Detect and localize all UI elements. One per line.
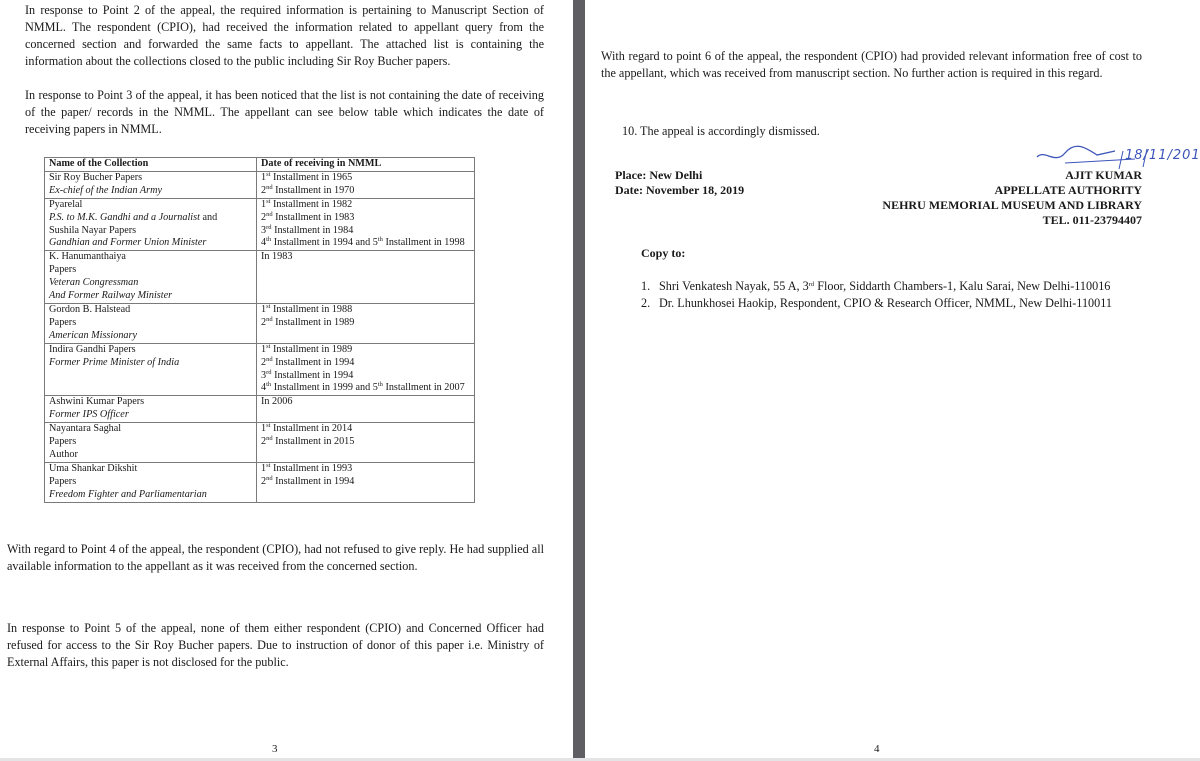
collection-description: Freedom Fighter and Parliamentarian bbox=[49, 489, 207, 500]
collection-name-line: Ashwini Kumar Papers bbox=[49, 396, 252, 409]
paragraph-dismissal: 10. The appeal is accordingly dismissed. bbox=[622, 124, 820, 139]
copy-to-item: 2.Dr. Lhunkhosei Haokip, Respondent, CPI… bbox=[641, 295, 1112, 312]
table-header-row: Name of the Collection Date of receiving… bbox=[45, 158, 475, 172]
signatory-title: APPELLATE AUTHORITY bbox=[882, 183, 1142, 198]
collection-name: K. Hanumanthaiya bbox=[49, 251, 126, 262]
ordinal-suffix: rd bbox=[266, 224, 271, 231]
signatory-block: AJIT KUMAR APPELLATE AUTHORITY NEHRU MEM… bbox=[882, 168, 1142, 228]
table-row: Gordon B. HalsteadPapersAmerican Mission… bbox=[45, 303, 475, 343]
page-4 bbox=[585, 0, 1200, 758]
collection-name-line: Sushila Nayar Papers bbox=[49, 225, 252, 238]
ordinal-suffix: nd bbox=[266, 316, 273, 323]
installment-line: 1st Installment in 1993 bbox=[261, 463, 470, 476]
ordinal-suffix: nd bbox=[266, 211, 273, 218]
collection-name-line: Author bbox=[49, 449, 252, 462]
collection-name-line: And Former Railway Minister bbox=[49, 290, 252, 303]
collection-name-line: Papers bbox=[49, 264, 252, 277]
installment-line: 3rd Installment in 1994 bbox=[261, 370, 470, 383]
installment-line: In 1983 bbox=[261, 251, 470, 264]
collection-name-line: Nayantara Saghal bbox=[49, 423, 252, 436]
collection-name-line: P.S. to M.K. Gandhi and a Journalist and bbox=[49, 212, 252, 225]
date-received-cell: 1st Installment in 19892nd Installment i… bbox=[257, 343, 475, 396]
collection-name: Pyarelal bbox=[49, 199, 82, 210]
collection-name-line: Freedom Fighter and Parliamentarian bbox=[49, 489, 252, 502]
paragraph-point-2: In response to Point 2 of the appeal, th… bbox=[25, 2, 544, 70]
collection-name-line: Pyarelal bbox=[49, 199, 252, 212]
collection-name-cell: Uma Shankar DikshitPapersFreedom Fighter… bbox=[45, 462, 257, 502]
table-row: Uma Shankar DikshitPapersFreedom Fighter… bbox=[45, 462, 475, 502]
collection-name: Nayantara Saghal bbox=[49, 423, 121, 434]
header-date-received: Date of receiving in NMML bbox=[257, 158, 475, 172]
date-received-cell: 1st Installment in 19882nd Installment i… bbox=[257, 303, 475, 343]
paragraph-point-6: With regard to point 6 of the appeal, th… bbox=[601, 48, 1142, 82]
collection-name-cell: K. HanumanthaiyaPapersVeteran Congressma… bbox=[45, 251, 257, 304]
date-received-cell: 1st Installment in 19652nd Installment i… bbox=[257, 171, 475, 198]
collection-name-line: Uma Shankar Dikshit bbox=[49, 463, 252, 476]
collection-name-cell: PyarelalP.S. to M.K. Gandhi and a Journa… bbox=[45, 198, 257, 251]
ordinal-suffix: st bbox=[266, 422, 270, 429]
collection-name-line: Sir Roy Bucher Papers bbox=[49, 172, 252, 185]
installment-line: 4th Installment in 1999 and 5th Installm… bbox=[261, 382, 470, 395]
ordinal-suffix: rd bbox=[266, 369, 271, 376]
collection-name: Papers bbox=[49, 317, 76, 328]
date-received-cell: 1st Installment in 19822nd Installment i… bbox=[257, 198, 475, 251]
collection-name-line: Papers bbox=[49, 436, 252, 449]
collection-name-line: Veteran Congressman bbox=[49, 277, 252, 290]
date-received-cell: In 1983 bbox=[257, 251, 475, 304]
paragraph-point-4: With regard to Point 4 of the appeal, th… bbox=[7, 541, 544, 575]
installment-line: 2nd Installment in 2015 bbox=[261, 436, 470, 449]
installment-line: 1st Installment in 1989 bbox=[261, 344, 470, 357]
date-received-cell: In 2006 bbox=[257, 396, 475, 423]
collection-name-line: Indira Gandhi Papers bbox=[49, 344, 252, 357]
collection-name-line: Former Prime Minister of India bbox=[49, 357, 252, 370]
ordinal-suffix: th bbox=[378, 381, 383, 388]
ordinal-suffix: st bbox=[266, 171, 270, 178]
collection-name-line: K. Hanumanthaiya bbox=[49, 251, 252, 264]
collection-name-cell: Sir Roy Bucher PapersEx-chief of the Ind… bbox=[45, 171, 257, 198]
collection-name: Uma Shankar Dikshit bbox=[49, 463, 137, 474]
signatory-tel: TEL. 011-23794407 bbox=[882, 213, 1142, 228]
collections-table: Name of the Collection Date of receiving… bbox=[44, 157, 475, 503]
date-received-cell: 1st Installment in 19932nd Installment i… bbox=[257, 462, 475, 502]
ordinal-suffix: st bbox=[266, 343, 270, 350]
collection-name-line: Former IPS Officer bbox=[49, 409, 252, 422]
paragraph-point-3: In response to Point 3 of the appeal, it… bbox=[25, 87, 544, 138]
collection-name: Papers bbox=[49, 436, 76, 447]
installment-line: 2nd Installment in 1983 bbox=[261, 212, 470, 225]
installment-line: 2nd Installment in 1989 bbox=[261, 317, 470, 330]
ordinal-suffix: th bbox=[266, 381, 271, 388]
installment-line: 2nd Installment in 1994 bbox=[261, 476, 470, 489]
ordinal-suffix: th bbox=[378, 236, 383, 243]
collection-name-line: Ex-chief of the Indian Army bbox=[49, 185, 252, 198]
place-date-block: Place: New Delhi Date: November 18, 2019 bbox=[615, 168, 744, 198]
ordinal-suffix: th bbox=[266, 236, 271, 243]
collection-name-line: Papers bbox=[49, 317, 252, 330]
installment-line: 4th Installment in 1994 and 5th Installm… bbox=[261, 237, 470, 250]
collection-name: Papers bbox=[49, 476, 76, 487]
copy-to-heading: Copy to: bbox=[641, 246, 685, 261]
collection-description: Veteran Congressman bbox=[49, 277, 138, 288]
installment-line: 1st Installment in 2014 bbox=[261, 423, 470, 436]
installment-line: 2nd Installment in 1994 bbox=[261, 357, 470, 370]
installment-line: 1st Installment in 1982 bbox=[261, 199, 470, 212]
signatory-name: AJIT KUMAR bbox=[882, 168, 1142, 183]
collection-name: Gordon B. Halstead bbox=[49, 304, 130, 315]
collection-description: Former IPS Officer bbox=[49, 409, 129, 420]
collection-name-cell: Nayantara SaghalPapersAuthor bbox=[45, 423, 257, 463]
table-row: Sir Roy Bucher PapersEx-chief of the Ind… bbox=[45, 171, 475, 198]
copy-to-list: 1.Shri Venkatesh Nayak, 55 A, 3rd Floor,… bbox=[641, 278, 1112, 312]
signatory-organization: NEHRU MEMORIAL MUSEUM AND LIBRARY bbox=[882, 198, 1142, 213]
table-row: PyarelalP.S. to M.K. Gandhi and a Journa… bbox=[45, 198, 475, 251]
collection-name-cell: Gordon B. HalsteadPapersAmerican Mission… bbox=[45, 303, 257, 343]
collection-description: And Former Railway Minister bbox=[49, 290, 172, 301]
collection-name-line: Papers bbox=[49, 476, 252, 489]
installment-line: 3rd Installment in 1984 bbox=[261, 225, 470, 238]
collection-description: Ex-chief of the Indian Army bbox=[49, 185, 162, 196]
installment-line: 1st Installment in 1965 bbox=[261, 172, 470, 185]
ordinal-suffix: nd bbox=[266, 435, 273, 442]
paragraph-point-5: In response to Point 5 of the appeal, no… bbox=[7, 620, 544, 671]
installment-line: 1st Installment in 1988 bbox=[261, 304, 470, 317]
page-number: 3 bbox=[272, 743, 278, 755]
ordinal-suffix: st bbox=[266, 198, 270, 205]
date: Date: November 18, 2019 bbox=[615, 183, 744, 198]
ordinal-suffix: nd bbox=[266, 356, 273, 363]
collection-description: American Missionary bbox=[49, 330, 137, 341]
table-body: Sir Roy Bucher PapersEx-chief of the Ind… bbox=[45, 171, 475, 502]
collection-name-line: Gandhian and Former Union Minister bbox=[49, 237, 252, 250]
ordinal-suffix: rd bbox=[809, 281, 814, 288]
collection-name: Sir Roy Bucher Papers bbox=[49, 172, 142, 183]
installment-line: In 2006 bbox=[261, 396, 470, 409]
page-number: 4 bbox=[874, 743, 880, 755]
list-number: 1. bbox=[641, 278, 659, 295]
table-row: Ashwini Kumar PapersFormer IPS OfficerIn… bbox=[45, 396, 475, 423]
collection-name-line: American Missionary bbox=[49, 330, 252, 343]
place: Place: New Delhi bbox=[615, 168, 744, 183]
collection-description: P.S. to M.K. Gandhi and a Journalist bbox=[49, 212, 200, 223]
ordinal-suffix: nd bbox=[266, 184, 273, 191]
collection-name: Sushila Nayar Papers bbox=[49, 225, 136, 236]
signature-date: 18/11/2019 bbox=[1125, 148, 1200, 163]
table-row: K. HanumanthaiyaPapersVeteran Congressma… bbox=[45, 251, 475, 304]
collection-name: Papers bbox=[49, 264, 76, 275]
header-collection-name: Name of the Collection bbox=[45, 158, 257, 172]
collection-name: Ashwini Kumar Papers bbox=[49, 396, 144, 407]
copy-to-item: 1.Shri Venkatesh Nayak, 55 A, 3rd Floor,… bbox=[641, 278, 1112, 295]
collection-description: Gandhian and Former Union Minister bbox=[49, 237, 206, 248]
collection-description: Former Prime Minister of India bbox=[49, 357, 179, 368]
ordinal-suffix: st bbox=[266, 462, 270, 469]
collection-name: Indira Gandhi Papers bbox=[49, 344, 136, 355]
ordinal-suffix: nd bbox=[266, 475, 273, 482]
date-received-cell: 1st Installment in 20142nd Installment i… bbox=[257, 423, 475, 463]
page-3: In response to Point 2 of the appeal, th… bbox=[0, 0, 573, 758]
collection-name: Author bbox=[49, 449, 78, 460]
list-number: 2. bbox=[641, 295, 659, 312]
collection-name-cell: Ashwini Kumar PapersFormer IPS Officer bbox=[45, 396, 257, 423]
ordinal-suffix: st bbox=[266, 303, 270, 310]
installment-line: 2nd Installment in 1970 bbox=[261, 185, 470, 198]
page-divider bbox=[573, 0, 585, 758]
collection-name-line: Gordon B. Halstead bbox=[49, 304, 252, 317]
table-row: Nayantara SaghalPapersAuthor1st Installm… bbox=[45, 423, 475, 463]
table-row: Indira Gandhi PapersFormer Prime Ministe… bbox=[45, 343, 475, 396]
collection-name-cell: Indira Gandhi PapersFormer Prime Ministe… bbox=[45, 343, 257, 396]
